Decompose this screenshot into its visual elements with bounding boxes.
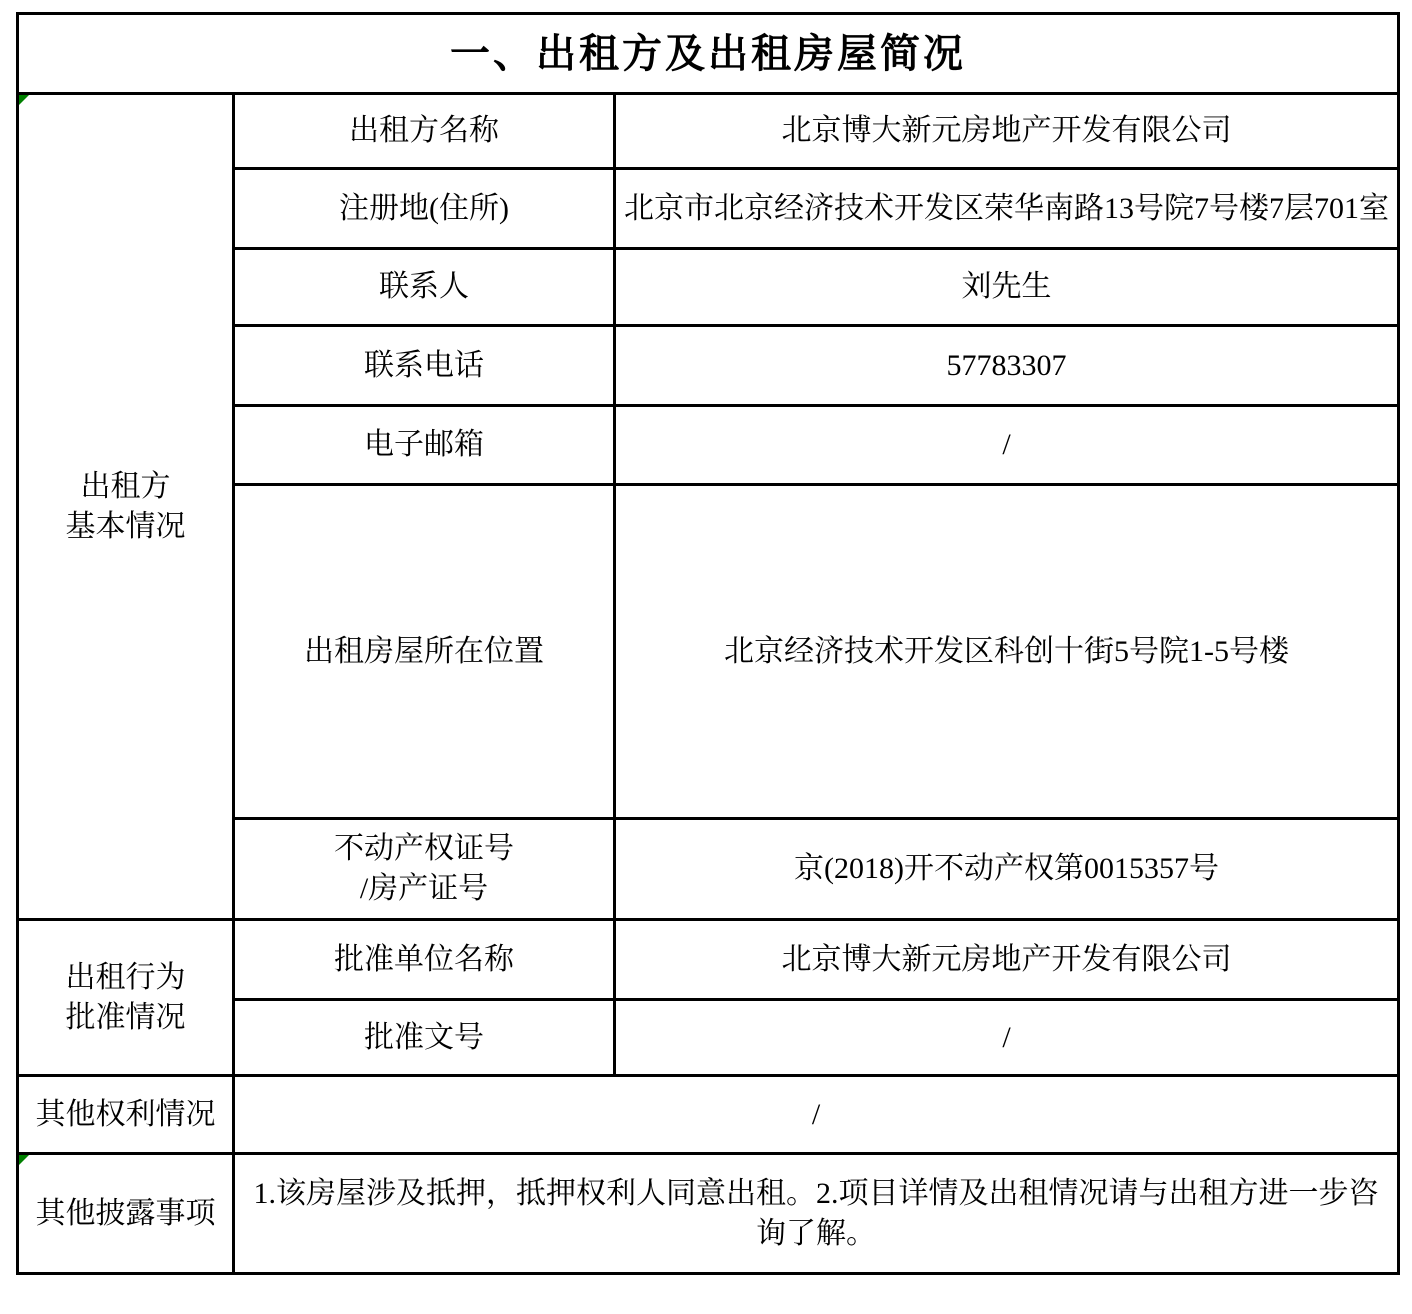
cell-error-indicator-icon	[19, 95, 29, 105]
section-title: 一、出租方及出租房屋简况	[18, 14, 1399, 94]
field-value-lessor-name: 北京博大新元房地产开发有限公司	[615, 94, 1399, 169]
field-label-email: 电子邮箱	[234, 406, 615, 485]
field-value-certificate-number: 京(2018)开不动产权第0015357号	[615, 819, 1399, 920]
field-label-approval-document-number: 批准文号	[234, 1000, 615, 1076]
field-label-lessor-name: 出租方名称	[234, 94, 615, 169]
field-label-property-location: 出租房屋所在位置	[234, 485, 615, 819]
rental-disclosure-document: 一、出租方及出租房屋简况 出租方 基本情况 出租方名称 北京博大新元房地产开发有…	[0, 0, 1412, 1314]
field-label-contact-person: 联系人	[234, 249, 615, 326]
field-value-approval-document-number: /	[615, 1000, 1399, 1076]
field-label-contact-phone: 联系电话	[234, 326, 615, 406]
lessor-info-table: 一、出租方及出租房屋简况 出租方 基本情况 出租方名称 北京博大新元房地产开发有…	[16, 12, 1400, 1275]
field-value-other-rights: /	[234, 1076, 1399, 1154]
field-value-contact-person: 刘先生	[615, 249, 1399, 326]
field-value-registered-address: 北京市北京经济技术开发区荣华南路13号院7号楼7层701室	[615, 169, 1399, 249]
field-label-approval-unit-name: 批准单位名称	[234, 920, 615, 1000]
field-value-approval-unit-name: 北京博大新元房地产开发有限公司	[615, 920, 1399, 1000]
field-label-certificate-number: 不动产权证号 /房产证号	[234, 819, 615, 920]
field-label-other-rights: 其他权利情况	[18, 1076, 234, 1154]
field-label-other-disclosures: 其他披露事项	[18, 1154, 234, 1274]
group-label-lease-approval: 出租行为 批准情况	[66, 958, 186, 1038]
group-label-lessor-basic: 出租方 基本情况	[66, 467, 186, 547]
group-cell-lessor-basic: 出租方 基本情况	[18, 94, 234, 920]
field-value-contact-phone: 57783307	[615, 326, 1399, 406]
field-label-registered-address: 注册地(住所)	[234, 169, 615, 249]
field-value-other-disclosures: 1.该房屋涉及抵押，抵押权利人同意出租。2.项目详情及出租情况请与出租方进一步咨…	[234, 1154, 1399, 1274]
cell-error-indicator-icon	[19, 1155, 29, 1165]
field-value-email: /	[615, 406, 1399, 485]
group-cell-lease-approval: 出租行为 批准情况	[18, 920, 234, 1076]
field-value-property-location: 北京经济技术开发区科创十街5号院1-5号楼	[615, 485, 1399, 819]
